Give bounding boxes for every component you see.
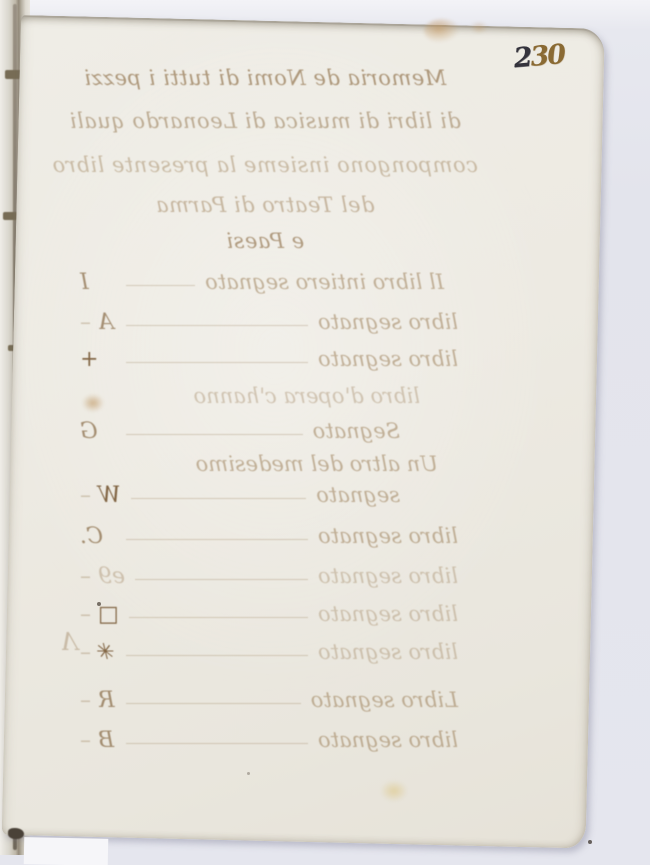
ink-speck [588,840,592,844]
folio-page-number: 230 [512,37,591,83]
page-edge-below [24,837,109,865]
foxing-stain [470,21,488,34]
corner-dark-mark [8,828,24,839]
foxing-stain [380,780,408,802]
ink-speck [247,772,250,775]
manuscript-scan: { "document": { "kind": "bound manuscrip… [0,0,650,865]
ink-speck [97,602,101,606]
folio-digits: 30 [529,39,565,73]
foxing-stain [82,394,104,412]
manuscript-page [2,15,605,849]
foxing-stain [424,19,460,43]
